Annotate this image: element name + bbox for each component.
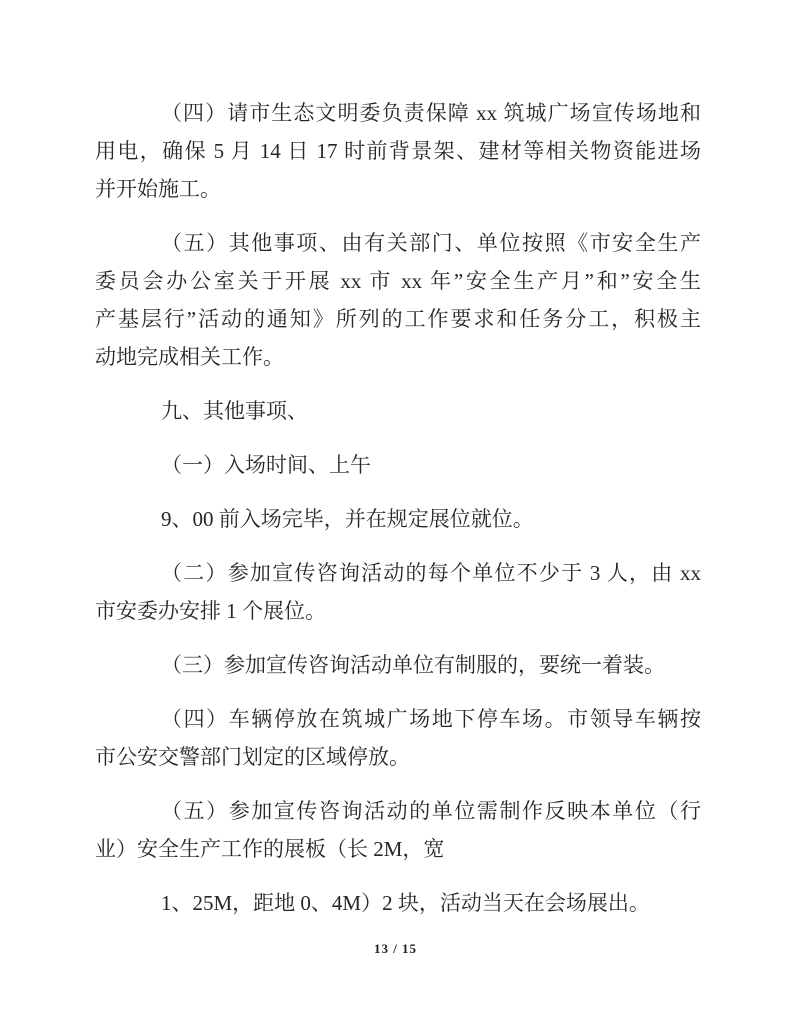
paragraph: （三）参加宣传咨询活动单位有制服的，要统一着装。: [95, 646, 701, 684]
text-line: 并开始施工。: [95, 170, 701, 208]
text-line: 动地完成相关工作。: [95, 338, 701, 376]
paragraph: （一）入场时间、上午: [95, 446, 701, 484]
text-line: （一）入场时间、上午: [95, 446, 701, 484]
text-line: （二）参加宣传咨询活动的每个单位不少于 3 人，由 xx: [95, 554, 701, 592]
paragraph: 9、00 前入场完毕，并在规定展位就位。: [95, 500, 701, 538]
text-line: （五）参加宣传咨询活动的单位需制作反映本单位（行: [95, 792, 701, 830]
paragraph: 1、25M，距地 0、4M）2 块，活动当天在会场展出。: [95, 884, 701, 922]
paragraph: （二）参加宣传咨询活动的每个单位不少于 3 人，由 xx市安委办安排 1 个展位…: [95, 554, 701, 630]
paragraph: （四）车辆停放在筑城广场地下停车场。市领导车辆按市公安交警部门划定的区域停放。: [95, 700, 701, 776]
text-line: 业）安全生产工作的展板（长 2M，宽: [95, 830, 701, 868]
text-line: 九、其他事项、: [95, 392, 701, 430]
text-line: （三）参加宣传咨询活动单位有制服的，要统一着装。: [95, 646, 701, 684]
paragraph: 九、其他事项、: [95, 392, 701, 430]
page-number: 13 / 15: [0, 941, 791, 957]
text-line: 产基层行”活动的通知》所列的工作要求和任务分工，积极主: [95, 300, 701, 338]
text-line: 市公安交警部门划定的区域停放。: [95, 738, 701, 776]
text-line: （四）车辆停放在筑城广场地下停车场。市领导车辆按: [95, 700, 701, 738]
text-line: 市安委办安排 1 个展位。: [95, 592, 701, 630]
paragraph: （五）其他事项、由有关部门、单位按照《市安全生产委员会办公室关于开展 xx 市 …: [95, 224, 701, 376]
paragraph: （四）请市生态文明委负责保障 xx 筑城广场宣传场地和用电，确保 5 月 14 …: [95, 94, 701, 208]
text-line: 用电，确保 5 月 14 日 17 时前背景架、建材等相关物资能进场: [95, 132, 701, 170]
text-line: 9、00 前入场完毕，并在规定展位就位。: [95, 500, 701, 538]
text-line: 委员会办公室关于开展 xx 市 xx 年”安全生产月”和”安全生: [95, 262, 701, 300]
paragraph: （五）参加宣传咨询活动的单位需制作反映本单位（行业）安全生产工作的展板（长 2M…: [95, 792, 701, 868]
text-line: （四）请市生态文明委负责保障 xx 筑城广场宣传场地和: [95, 94, 701, 132]
text-line: 1、25M，距地 0、4M）2 块，活动当天在会场展出。: [95, 884, 701, 922]
document-page: （四）请市生态文明委负责保障 xx 筑城广场宣传场地和用电，确保 5 月 14 …: [0, 0, 791, 1024]
text-line: （五）其他事项、由有关部门、单位按照《市安全生产: [95, 224, 701, 262]
document-body: （四）请市生态文明委负责保障 xx 筑城广场宣传场地和用电，确保 5 月 14 …: [95, 94, 701, 938]
